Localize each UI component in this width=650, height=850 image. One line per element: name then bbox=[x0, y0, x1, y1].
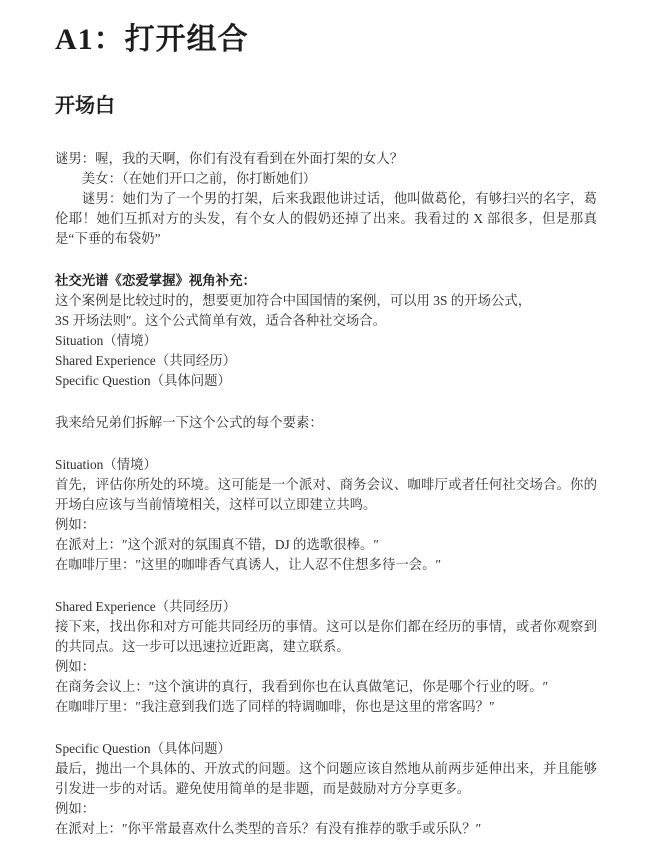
section-shared-example-1: 在商务会议上：″这个演讲的真行，我看到你也在认真做笔记，你是哪个行业的呀。″ bbox=[55, 677, 597, 697]
intro-block: 我来给兄弟们拆解一下这个公式的每个要素： bbox=[55, 413, 597, 433]
section-situation-example-2: 在咖啡厅里：″这里的咖啡香气真诱人，让人忍不住想多待一会。″ bbox=[55, 555, 597, 575]
section-situation-body: 首先，评估你所处的环境。这可能是一个派对、商务会议、咖啡厅或者任何社交场合。你的… bbox=[55, 475, 597, 515]
section-situation: Situation（情境） 首先，评估你所处的环境。这可能是一个派对、商务会议、… bbox=[55, 455, 597, 575]
formula-item-situation: Situation（情境） bbox=[55, 331, 597, 351]
formula-item-specific-question: Specific Question（具体问题） bbox=[55, 371, 597, 391]
section-shared-example-2: 在咖啡厅里：″我注意到我们选了同样的特调咖啡，你也是这里的常客吗？″ bbox=[55, 697, 597, 717]
dialogue-line-mystery-1: 谜男：喔，我的天啊，你们有没有看到在外面打架的女人？ bbox=[55, 149, 597, 169]
section-shared-title: Shared Experience（共同经历） bbox=[55, 597, 597, 617]
supplement-line-2: 3S 开场法则″。这个公式简单有效，适合各种社交场合。 bbox=[55, 311, 597, 331]
section-specific-example-1: 在派对上：″你平常最喜欢什么类型的音乐？有没有推荐的歌手或乐队？″ bbox=[55, 819, 597, 839]
section-specific-question: Specific Question（具体问题） 最后，抛出一个具体的、开放式的问… bbox=[55, 739, 597, 839]
supplement-line-1: 这个案例是比较过时的，想要更加符合中国国情的案例，可以用 3S 的开场公式， bbox=[55, 291, 597, 311]
section-shared-body: 接下来，找出你和对方可能共同经历的事情。这可以是你们都在经历的事情，或者你观察到… bbox=[55, 617, 597, 657]
section-heading-opener: 开场白 bbox=[55, 94, 597, 118]
supplement-block: 社交光谱《恋爱掌握》视角补充： 这个案例是比较过时的，想要更加符合中国国情的案例… bbox=[55, 271, 597, 391]
section-shared-experience: Shared Experience（共同经历） 接下来，找出你和对方可能共同经历… bbox=[55, 597, 597, 717]
dialogue-line-beauty: 美女：（在她们开口之前，你打断她们） bbox=[55, 169, 597, 189]
section-specific-body: 最后，抛出一个具体的、开放式的问题。这个问题应该自然地从前两步延伸出来，并且能够… bbox=[55, 759, 597, 799]
formula-item-shared-experience: Shared Experience（共同经历） bbox=[55, 351, 597, 371]
supplement-heading: 社交光谱《恋爱掌握》视角补充： bbox=[55, 271, 597, 291]
document-page: A1：打开组合 开场白 谜男：喔，我的天啊，你们有没有看到在外面打架的女人？ 美… bbox=[0, 0, 650, 850]
page-title: A1：打开组合 bbox=[55, 22, 597, 58]
intro-line: 我来给兄弟们拆解一下这个公式的每个要素： bbox=[55, 413, 597, 433]
section-specific-example-label: 例如： bbox=[55, 799, 597, 819]
section-shared-example-label: 例如： bbox=[55, 657, 597, 677]
dialogue-block: 谜男：喔，我的天啊，你们有没有看到在外面打架的女人？ 美女：（在她们开口之前，你… bbox=[55, 149, 597, 249]
section-situation-title: Situation（情境） bbox=[55, 455, 597, 475]
section-specific-title: Specific Question（具体问题） bbox=[55, 739, 597, 759]
dialogue-line-mystery-2: 谜男：她们为了一个男的打架，后来我跟他讲过话，他叫做葛伦，有够扫兴的名字，葛伦耶… bbox=[55, 189, 597, 249]
document-body: 谜男：喔，我的天啊，你们有没有看到在外面打架的女人？ 美女：（在她们开口之前，你… bbox=[55, 149, 597, 839]
section-situation-example-1: 在派对上：″这个派对的氛围真不错，DJ 的选歌很棒。″ bbox=[55, 535, 597, 555]
section-situation-example-label: 例如： bbox=[55, 515, 597, 535]
